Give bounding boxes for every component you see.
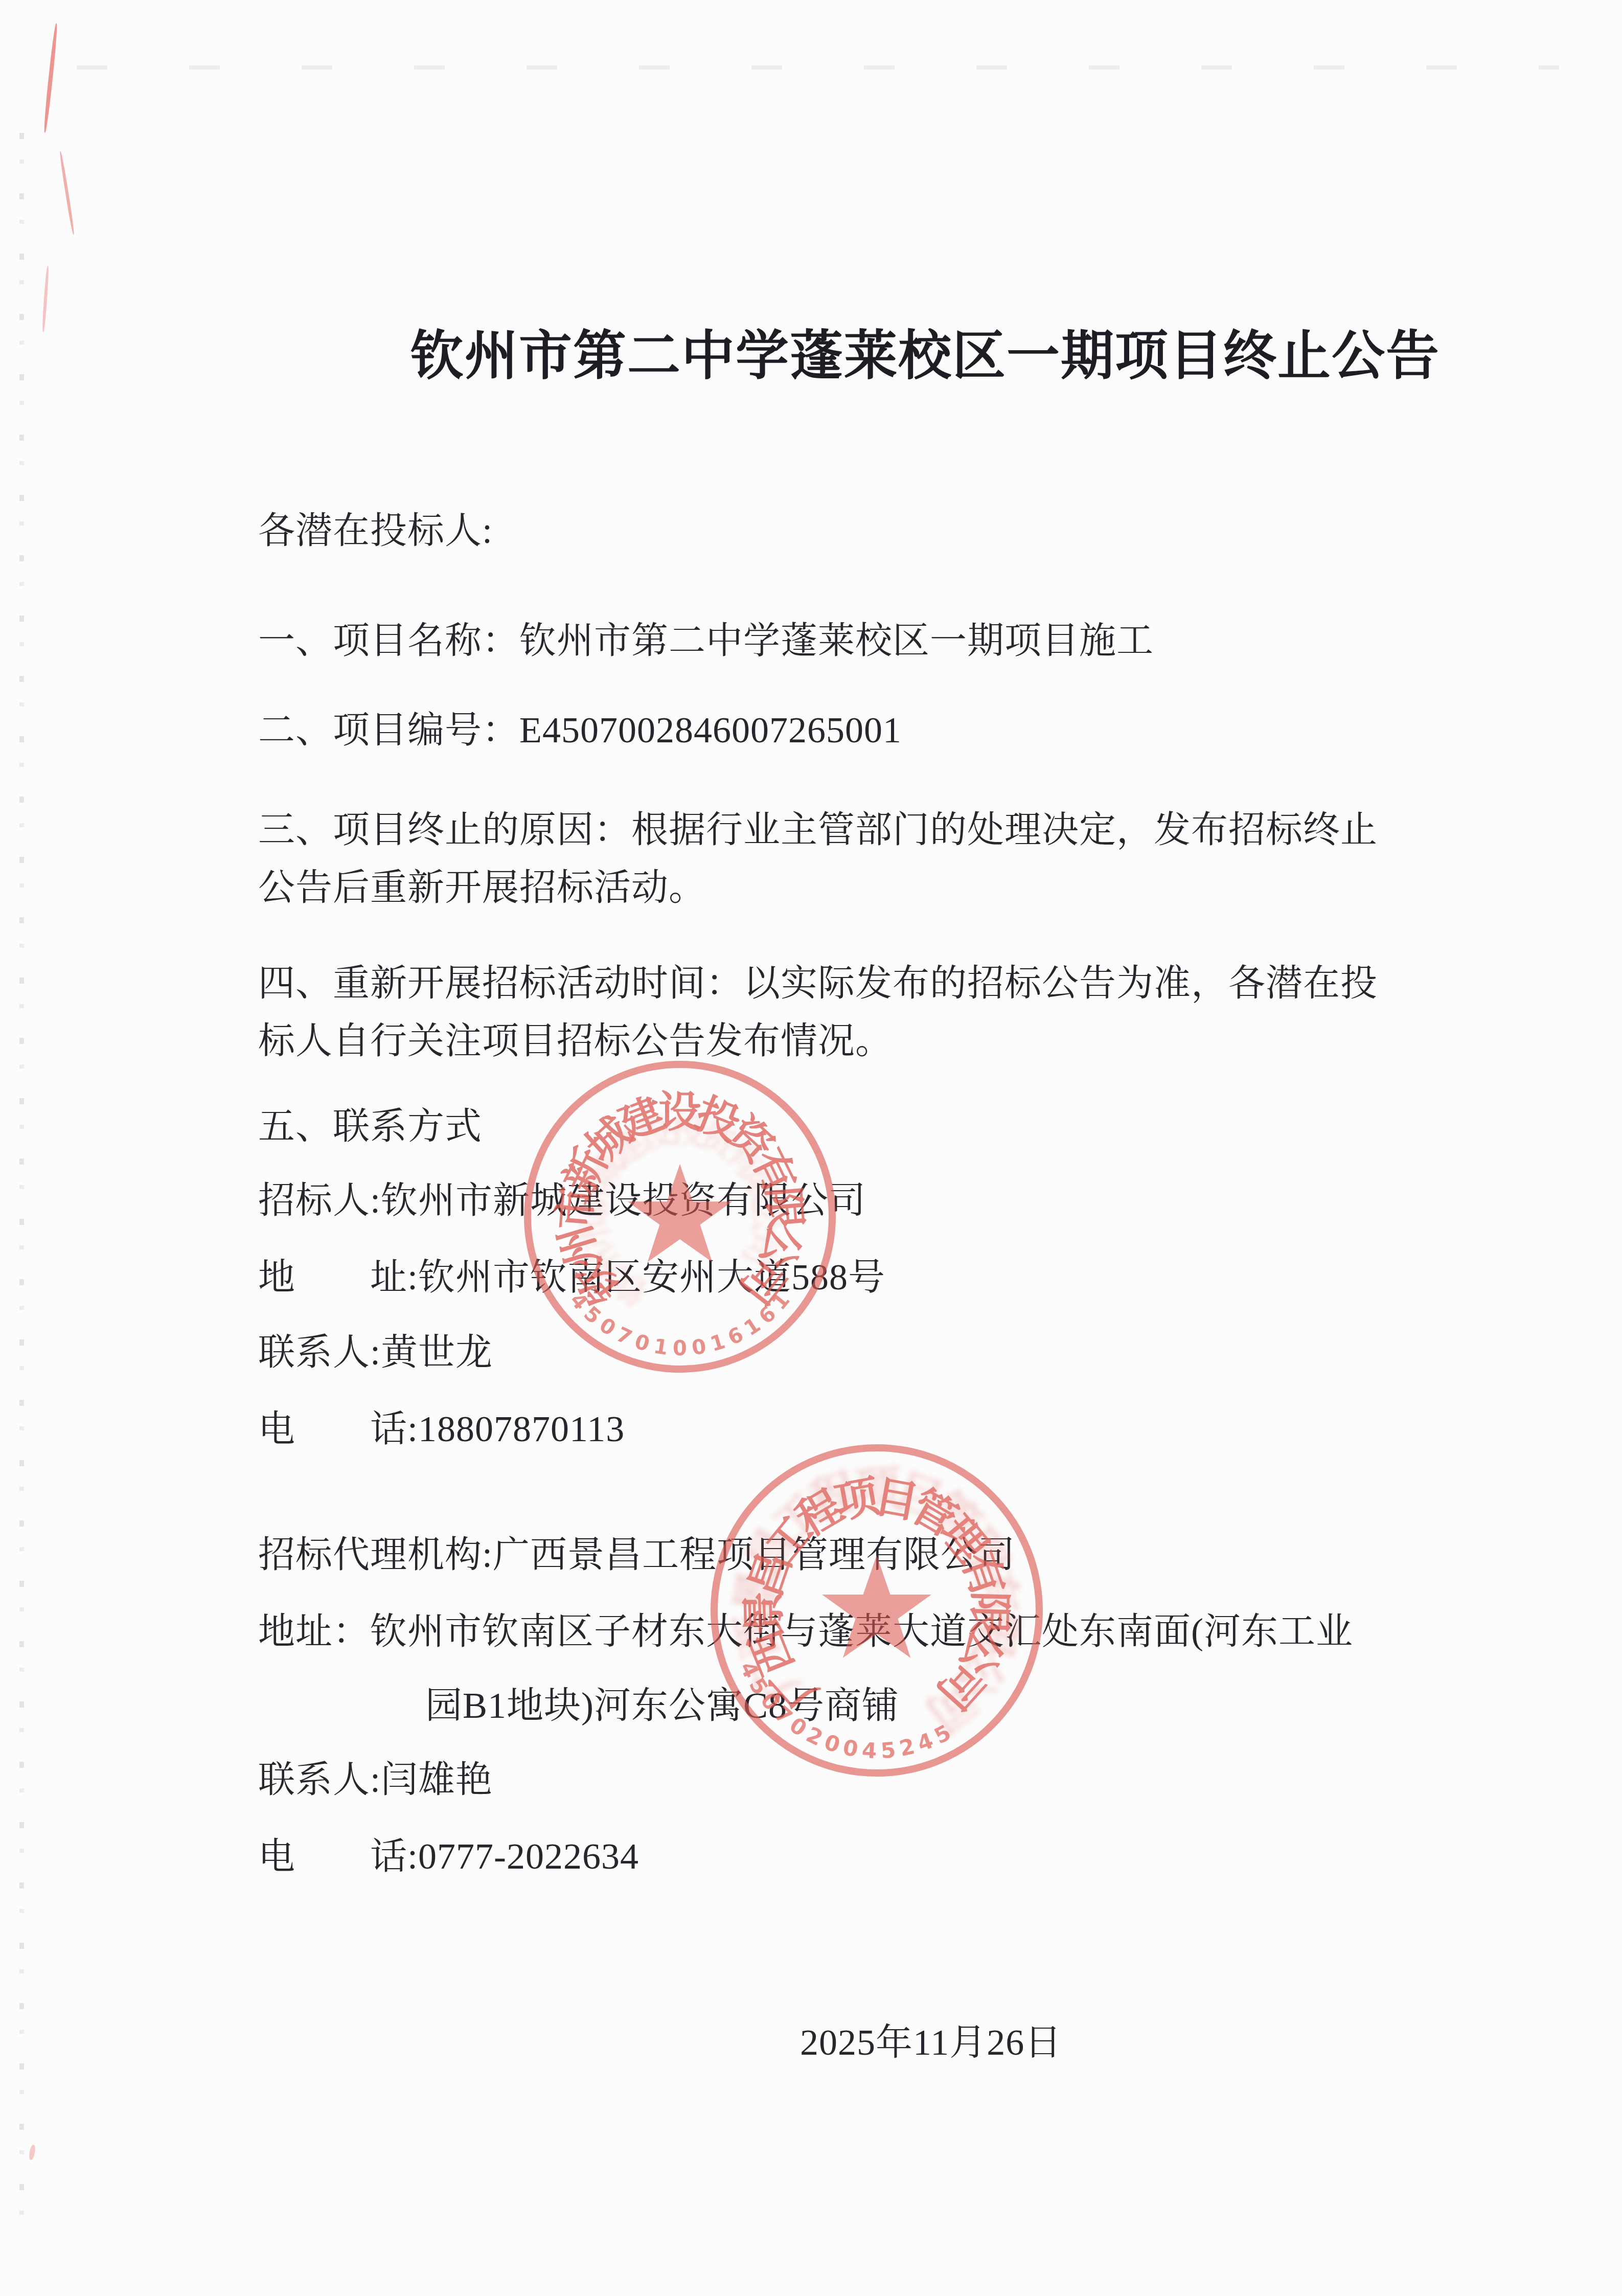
agency-phone-value: 0777-2022634 bbox=[418, 1836, 639, 1877]
tenderer-address-line: 地 址:钦州市钦南区安州大道588号 bbox=[258, 1255, 885, 1299]
agency-address-line2: 园B1地块)河东公寓C8号商铺 bbox=[425, 1684, 899, 1727]
notice-item-contact-heading: 五、联系方式 bbox=[258, 1104, 482, 1148]
scanner-edge-noise bbox=[19, 133, 24, 2229]
notice-item-rebid-time-line1: 四、重新开展招标活动时间：以实际发布的招标公告为准，各潜在投 bbox=[258, 961, 1378, 1005]
tenderer-phone-line: 电 话:18807870113 bbox=[258, 1407, 625, 1451]
salutation: 各潜在投标人: bbox=[258, 509, 493, 553]
tenderer-contact-value: 黄世龙 bbox=[381, 1332, 493, 1373]
tenderer-contact-label: 联系人: bbox=[258, 1332, 381, 1373]
red-ink-artifact bbox=[28, 2144, 36, 2160]
agency-name-label: 招标代理机构: bbox=[258, 1534, 493, 1575]
tenderer-phone-value: 18807870113 bbox=[418, 1408, 625, 1449]
agency-phone-line: 电 话:0777-2022634 bbox=[258, 1834, 639, 1878]
agency-address-line1: 地址：钦州市钦南区子材东大街与蓬莱大道交汇处东南面(河东工业 bbox=[258, 1609, 1353, 1653]
tenderer-name-value: 钦州市新城建设投资有限公司 bbox=[381, 1180, 866, 1221]
tenderer-address-label: 地 址: bbox=[258, 1257, 418, 1298]
agency-name-line: 招标代理机构:广西景昌工程项目管理有限公司 bbox=[258, 1533, 1015, 1577]
agency-phone-label: 电 话: bbox=[258, 1836, 418, 1877]
red-ink-artifact bbox=[41, 266, 49, 332]
notice-item-termination-reason-line1: 三、项目终止的原因：根据行业主管部门的处理决定，发布招标终止 bbox=[258, 808, 1378, 852]
tenderer-address-value: 钦州市钦南区安州大道588号 bbox=[418, 1257, 885, 1298]
agency-contact-value: 闫雄艳 bbox=[381, 1759, 493, 1800]
scanner-top-noise bbox=[77, 65, 1559, 70]
agency-address-label: 地址： bbox=[258, 1611, 370, 1652]
red-ink-artifact bbox=[59, 151, 75, 235]
notice-item-project-number: 二、项目编号：E4507002846007265001 bbox=[258, 708, 902, 752]
agency-address-value-line1: 钦州市钦南区子材东大街与蓬莱大道交汇处东南面(河东工业 bbox=[370, 1611, 1353, 1652]
notice-item-rebid-time-line2: 标人自行关注项目招标公告发布情况。 bbox=[258, 1019, 893, 1063]
tenderer-name-label: 招标人: bbox=[258, 1180, 381, 1221]
red-ink-artifact bbox=[43, 23, 58, 133]
notice-item-termination-reason-line2: 公告后重新开展招标活动。 bbox=[258, 866, 706, 910]
agency-contact-label: 联系人: bbox=[258, 1759, 381, 1800]
notice-date: 2025年11月26日 bbox=[800, 2020, 1062, 2064]
agency-contact-line: 联系人:闫雄艳 bbox=[258, 1758, 493, 1802]
notice-item-project-name: 一、项目名称：钦州市第二中学蓬莱校区一期项目施工 bbox=[258, 619, 1154, 663]
document-title: 钦州市第二中学蓬莱校区一期项目终止公告 bbox=[258, 313, 1480, 390]
tenderer-contact-line: 联系人:黄世龙 bbox=[258, 1330, 493, 1374]
scanned-notice-page: 钦州市第二中学蓬莱校区一期项目终止公告 各潜在投标人: 一、项目名称：钦州市第二… bbox=[0, 0, 1622, 2296]
tenderer-name-line: 招标人:钦州市新城建设投资有限公司 bbox=[258, 1178, 866, 1222]
agency-name-value: 广西景昌工程项目管理有限公司 bbox=[493, 1534, 1015, 1575]
tenderer-phone-label: 电 话: bbox=[258, 1408, 418, 1449]
